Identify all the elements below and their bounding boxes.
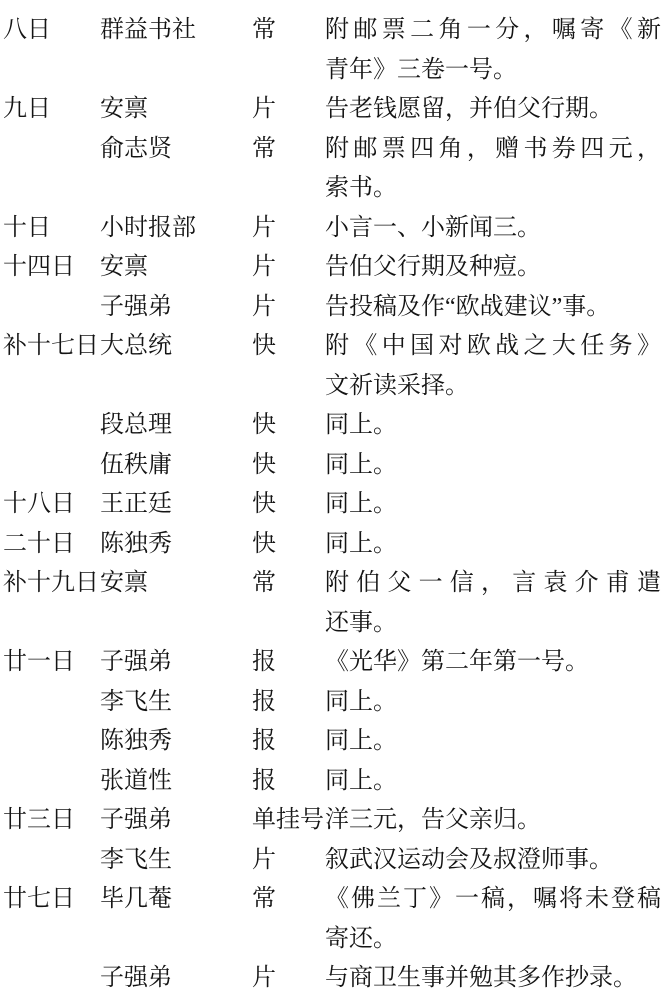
recipient-cell: 安禀: [100, 248, 252, 288]
content-cell: 同上。: [325, 406, 661, 446]
content-line: 寄还。: [325, 920, 661, 960]
recipient-cell: 伍秩庸: [100, 446, 252, 486]
mail-type-cell: 快: [252, 406, 325, 446]
mail-type-cell: 常: [252, 880, 325, 920]
date-cell: 廿一日: [3, 643, 100, 683]
content-line: 文祈读采择。: [325, 367, 661, 407]
content-cell: 同上。: [325, 446, 661, 486]
recipient-cell: 子强弟: [100, 959, 252, 999]
content-line: 同上。: [325, 446, 661, 486]
content-line: 告伯父行期及种痘。: [325, 248, 661, 288]
content-cell: 同上。: [325, 683, 661, 723]
mail-type-cell: 常: [252, 564, 325, 604]
content-cell: 《光华》第二年第一号。: [325, 643, 661, 683]
content-cell: 告伯父行期及种痘。: [325, 248, 661, 288]
recipient-cell: 安禀: [100, 564, 252, 604]
content-line: 还事。: [325, 604, 661, 644]
ledger-row: 子强弟 片 与商卫生事并勉其多作抄录。: [3, 959, 664, 999]
content-line: 同上。: [325, 525, 661, 565]
date-cell: 十四日: [3, 248, 100, 288]
content-line: 告投稿及作“欧战建议”事。: [325, 288, 661, 328]
mail-type-cell: 片: [252, 209, 325, 249]
content-line: 同上。: [325, 485, 661, 525]
content-cell: 叙武汉运动会及叔澄师事。: [325, 841, 661, 881]
date-cell: 廿七日: [3, 880, 100, 920]
ledger-row: 十八日 王正廷 快 同上。: [3, 485, 664, 525]
content-line: 附《中国对欧战之大任务》: [325, 327, 661, 367]
ledger-row: 陈独秀 报 同上。: [3, 722, 664, 762]
recipient-cell: 张道性: [100, 762, 252, 802]
mail-type-cell: 报: [252, 683, 325, 723]
content-cell: 同上。: [325, 485, 661, 525]
mail-type-cell: 快: [252, 485, 325, 525]
mail-type-cell: 常: [252, 11, 325, 51]
ledger-row: 补十九日 安禀 常 附伯父一信，言袁介甫遣还事。: [3, 564, 664, 643]
recipient-cell: 群益书社: [100, 11, 252, 51]
content-line: 同上。: [325, 762, 661, 802]
recipient-cell: 李飞生: [100, 841, 252, 881]
content-line: 索书。: [325, 169, 661, 209]
content-line: 叙武汉运动会及叔澄师事。: [325, 841, 661, 881]
ledger-row: 九日 安禀 片 告老钱愿留，并伯父行期。: [3, 90, 664, 130]
content-cell: 附邮票四角，赠书券四元，索书。: [325, 130, 661, 209]
recipient-cell: 俞志贤: [100, 130, 252, 170]
recipient-cell: 毕几菴: [100, 880, 252, 920]
content-cell: 告老钱愿留，并伯父行期。: [325, 90, 661, 130]
content-line: 告老钱愿留，并伯父行期。: [325, 90, 661, 130]
content-cell: 同上。: [325, 525, 661, 565]
ledger-row: 二十日 陈独秀 快 同上。: [3, 525, 664, 565]
content-line: 同上。: [325, 406, 661, 446]
mail-type-cell: 报: [252, 722, 325, 762]
ledger-row: 补十七日 大总统 快 附《中国对欧战之大任务》文祈读采择。: [3, 327, 664, 406]
mail-type-cell: 常: [252, 130, 325, 170]
content-line: 同上。: [325, 683, 661, 723]
recipient-cell: 安禀: [100, 90, 252, 130]
recipient-cell: 陈独秀: [100, 525, 252, 565]
mail-type-cell: 报: [252, 643, 325, 683]
ledger-row: 子强弟 片 告投稿及作“欧战建议”事。: [3, 288, 664, 328]
content-line: 同上。: [325, 722, 661, 762]
mail-type-cell: 片: [252, 288, 325, 328]
recipient-cell: 大总统: [100, 327, 252, 367]
content-cell: 同上。: [325, 722, 661, 762]
content-line: 《光华》第二年第一号。: [325, 643, 661, 683]
date-cell: 十日: [3, 209, 100, 249]
recipient-cell: 子强弟: [100, 643, 252, 683]
ledger-row: 廿三日 子强弟 单挂号 洋三元，告父亲归。: [3, 801, 664, 841]
mail-type-cell: 片: [252, 841, 325, 881]
content-line: 附邮票二角一分，嘱寄《新: [325, 11, 661, 51]
content-cell: 与商卫生事并勉其多作抄录。: [325, 959, 661, 999]
recipient-cell: 子强弟: [100, 288, 252, 328]
content-cell: 小言一、小新闻三。: [325, 209, 661, 249]
content-line: 小言一、小新闻三。: [325, 209, 661, 249]
mail-type-cell: 快: [252, 525, 325, 565]
content-line: 洋三元，告父亲归。: [325, 801, 661, 841]
date-cell: 十八日: [3, 485, 100, 525]
ledger-row: 李飞生 片 叙武汉运动会及叔澄师事。: [3, 841, 664, 881]
ledger-row: 段总理 快 同上。: [3, 406, 664, 446]
date-cell: 二十日: [3, 525, 100, 565]
content-cell: 附伯父一信，言袁介甫遣还事。: [325, 564, 661, 643]
date-cell: 补十七日: [3, 327, 100, 367]
content-line: 附邮票四角，赠书券四元，: [325, 130, 661, 170]
recipient-cell: 王正廷: [100, 485, 252, 525]
recipient-cell: 子强弟: [100, 801, 252, 841]
ledger-row: 伍秩庸 快 同上。: [3, 446, 664, 486]
ledger-row: 廿一日 子强弟 报 《光华》第二年第一号。: [3, 643, 664, 683]
recipient-cell: 段总理: [100, 406, 252, 446]
content-cell: 洋三元，告父亲归。: [325, 801, 661, 841]
mail-type-cell: 片: [252, 90, 325, 130]
ledger-row: 廿七日 毕几菴 常 《佛兰丁》一稿，嘱将未登稿寄还。: [3, 880, 664, 959]
content-cell: 告投稿及作“欧战建议”事。: [325, 288, 661, 328]
ledger-row: 李飞生 报 同上。: [3, 683, 664, 723]
content-cell: 附《中国对欧战之大任务》文祈读采择。: [325, 327, 661, 406]
date-cell: 八日: [3, 11, 100, 51]
recipient-cell: 李飞生: [100, 683, 252, 723]
content-line: 青年》三卷一号。: [325, 51, 661, 91]
recipient-cell: 小时报部: [100, 209, 252, 249]
mail-type-cell: 快: [252, 327, 325, 367]
content-cell: 附邮票二角一分，嘱寄《新青年》三卷一号。: [325, 11, 661, 90]
mail-type-cell: 片: [252, 959, 325, 999]
ledger-row: 十四日 安禀 片 告伯父行期及种痘。: [3, 248, 664, 288]
content-cell: 《佛兰丁》一稿，嘱将未登稿寄还。: [325, 880, 661, 959]
content-cell: 同上。: [325, 762, 661, 802]
content-line: 附伯父一信，言袁介甫遣: [325, 564, 661, 604]
ledger-row: 十日 小时报部 片 小言一、小新闻三。: [3, 209, 664, 249]
mail-type-cell: 快: [252, 446, 325, 486]
ledger-row: 俞志贤 常 附邮票四角，赠书券四元，索书。: [3, 130, 664, 209]
date-cell: 九日: [3, 90, 100, 130]
recipient-cell: 陈独秀: [100, 722, 252, 762]
content-line: 与商卫生事并勉其多作抄录。: [325, 959, 661, 999]
mail-type-cell: 片: [252, 248, 325, 288]
mail-type-cell: 报: [252, 762, 325, 802]
date-cell: 补十九日: [3, 564, 100, 604]
mail-ledger-table: 八日 群益书社 常 附邮票二角一分，嘱寄《新青年》三卷一号。 九日 安禀 片 告…: [3, 11, 664, 999]
document-page: 八日 群益书社 常 附邮票二角一分，嘱寄《新青年》三卷一号。 九日 安禀 片 告…: [0, 0, 664, 1000]
mail-type-cell: 单挂号: [252, 801, 325, 841]
ledger-row: 八日 群益书社 常 附邮票二角一分，嘱寄《新青年》三卷一号。: [3, 11, 664, 90]
date-cell: 廿三日: [3, 801, 100, 841]
ledger-row: 张道性 报 同上。: [3, 762, 664, 802]
content-line: 《佛兰丁》一稿，嘱将未登稿: [325, 880, 661, 920]
